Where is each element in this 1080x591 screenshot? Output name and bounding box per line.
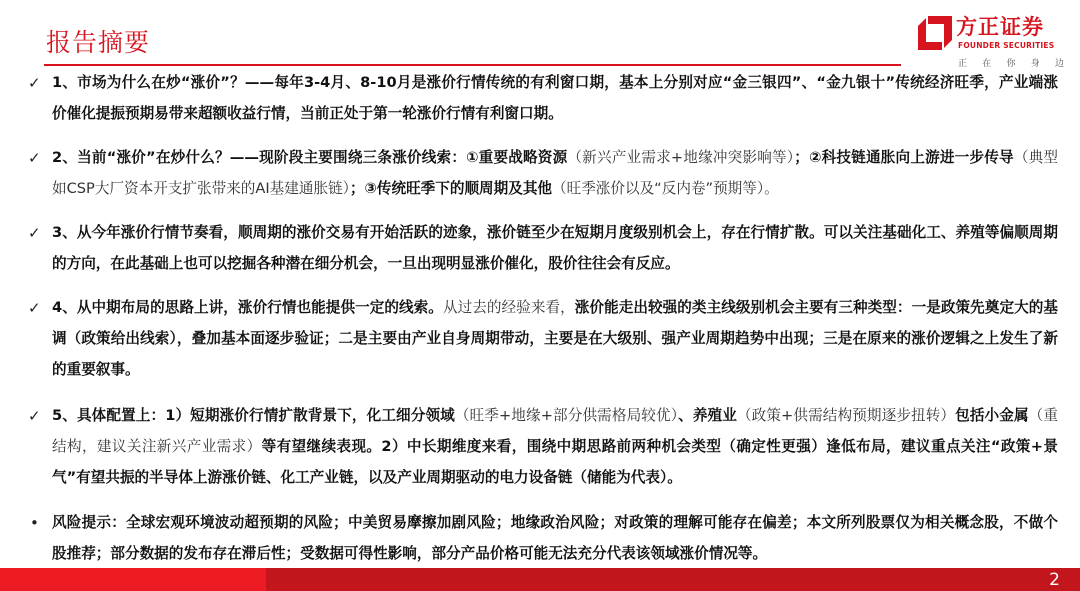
text-segment: （政策+供需结构预期逐步扭转） bbox=[737, 407, 955, 424]
text-segment: （新兴产业需求+地缘冲突影响等） bbox=[567, 149, 794, 166]
check-icon: ✓ bbox=[28, 145, 41, 171]
check-icon: ✓ bbox=[28, 70, 41, 96]
footer-bar: 2 bbox=[0, 568, 1080, 591]
text-segment: 2、当前“涨价”在炒什么？——现阶段主要围绕三条涨价线索：①重要战略资源 bbox=[52, 149, 567, 166]
check-icon: ✓ bbox=[28, 403, 41, 429]
footer-accent-right bbox=[266, 568, 1080, 591]
page-title: 报告摘要 bbox=[46, 28, 150, 58]
summary-text: 3、从今年涨价行情节奏看，顺周期的涨价交易有开始活跃的迹象，涨价链至少在短期月度… bbox=[52, 217, 1058, 279]
founder-logo-icon bbox=[918, 16, 952, 50]
founder-securities-logo: 方正证券 FOUNDER SECURITIES 正 在 你 身 边 bbox=[918, 12, 1068, 68]
risk-text: 风险提示：全球宏观环境波动超预期的风险；中美贸易摩擦加剧风险；地缘政治风险；对政… bbox=[52, 507, 1058, 569]
text-segment: 、养殖业 bbox=[678, 407, 737, 424]
text-segment: ；②科技链通胀向上游进一步传导 bbox=[794, 149, 1014, 166]
footer-accent-left bbox=[0, 568, 266, 591]
check-icon: ✓ bbox=[28, 295, 41, 321]
bullet-icon: • bbox=[30, 510, 39, 536]
summary-text: 4、从中期布局的思路上讲，涨价行情也能提供一定的线索。从过去的经验来看，涨价能走… bbox=[52, 292, 1058, 385]
check-icon: ✓ bbox=[28, 220, 41, 246]
text-segment: 3、从今年涨价行情节奏看，顺周期的涨价交易有开始活跃的迹象，涨价链至少在短期月度… bbox=[52, 224, 1058, 272]
text-segment: ；③传统旺季下的顺周期及其他 bbox=[350, 180, 552, 197]
text-segment: 1、市场为什么在炒“涨价”？——每年3-4月、8-10月是涨价行情传统的有利窗口… bbox=[52, 74, 1058, 122]
summary-text: 1、市场为什么在炒“涨价”？——每年3-4月、8-10月是涨价行情传统的有利窗口… bbox=[52, 67, 1058, 129]
summary-text: 2、当前“涨价”在炒什么？——现阶段主要围绕三条涨价线索：①重要战略资源（新兴产… bbox=[52, 142, 1058, 204]
text-segment: 5、具体配置上：1）短期涨价行情扩散背景下，化工细分领域 bbox=[52, 407, 455, 424]
title-divider bbox=[44, 64, 901, 66]
logo-name-en: FOUNDER SECURITIES bbox=[958, 41, 1054, 50]
text-segment: 从过去的经验来看， bbox=[443, 299, 575, 316]
summary-text: 5、具体配置上：1）短期涨价行情扩散背景下，化工细分领域（旺季+地缘+部分供需格… bbox=[52, 400, 1058, 493]
page-number: 2 bbox=[1049, 570, 1060, 590]
text-segment: （旺季+地缘+部分供需格局较优） bbox=[455, 407, 678, 424]
text-segment: （旺季涨价以及“反内卷”预期等）。 bbox=[552, 180, 779, 197]
text-segment: 4、从中期布局的思路上讲，涨价行情也能提供一定的线索。 bbox=[52, 299, 443, 316]
text-segment: 风险提示：全球宏观环境波动超预期的风险；中美贸易摩擦加剧风险；地缘政治风险；对政… bbox=[52, 514, 1058, 562]
logo-name-cn: 方正证券 bbox=[956, 14, 1044, 40]
text-segment: 包括小金属 bbox=[955, 407, 1029, 424]
